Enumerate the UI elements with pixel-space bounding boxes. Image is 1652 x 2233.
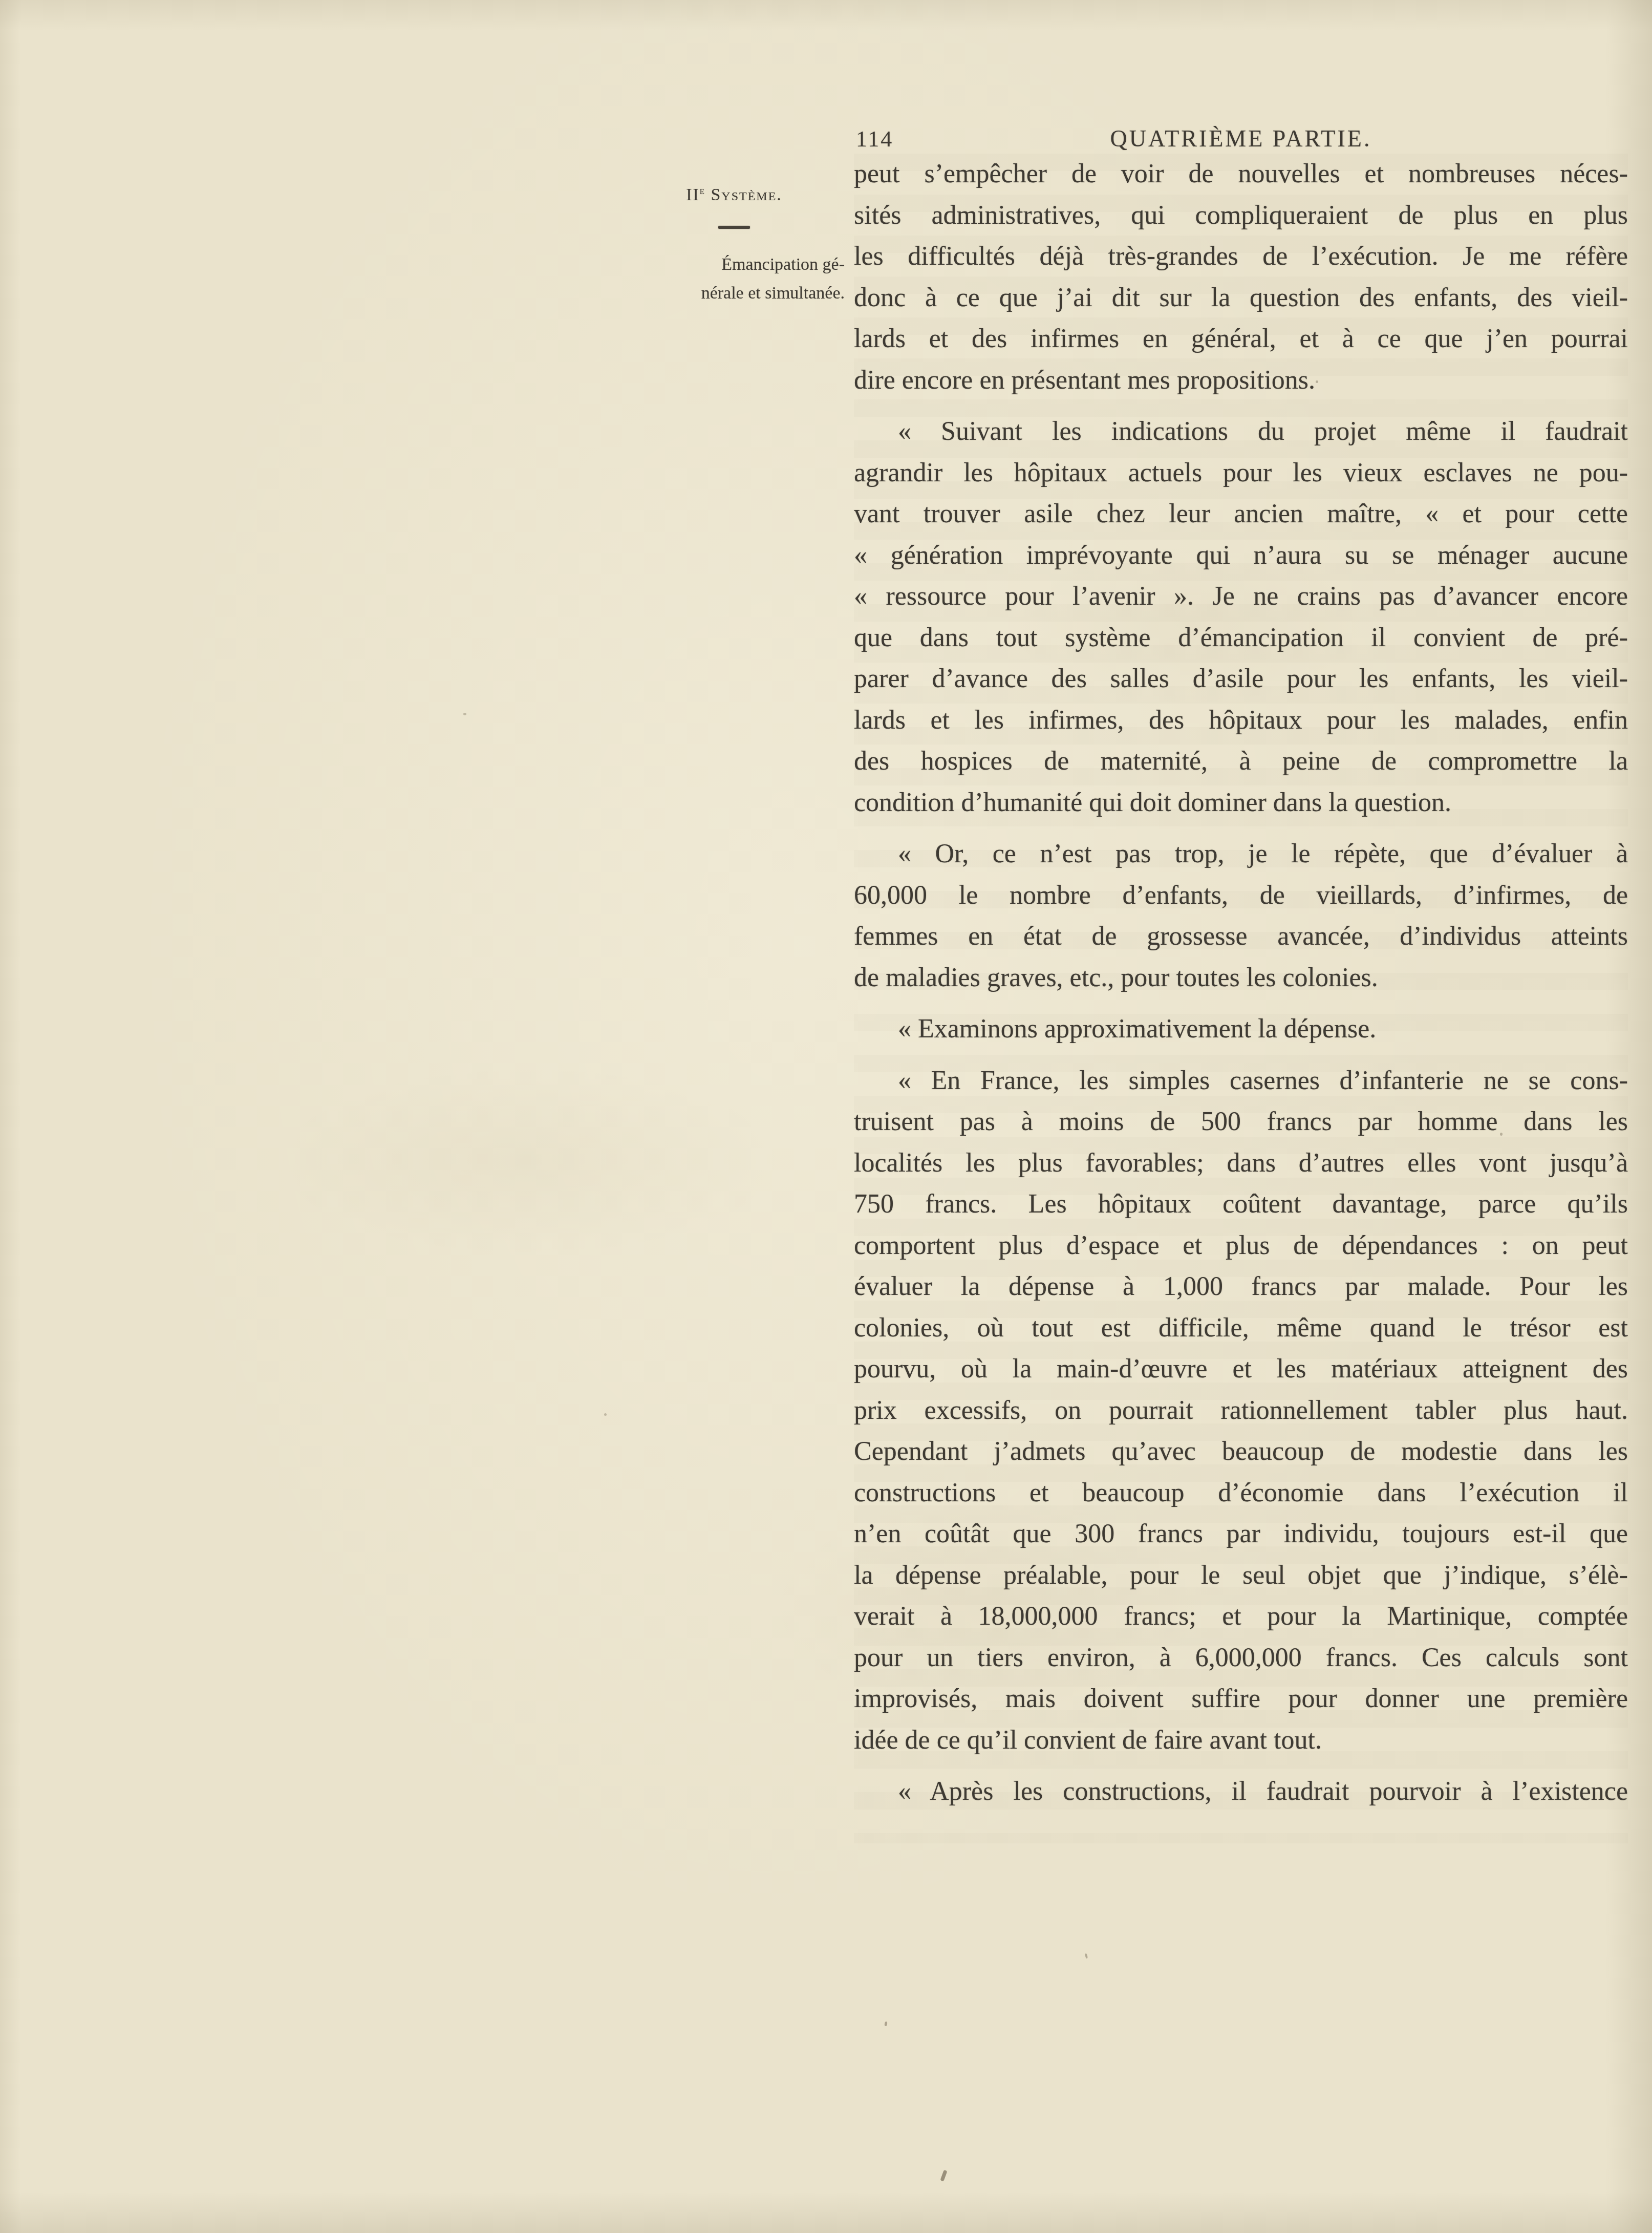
text-line: « ressource pour l’avenir ». Je ne crain…	[854, 576, 1628, 618]
text-line: n’en coûtât que 300 francs par individu,…	[854, 1514, 1628, 1555]
text-line: verait à 18,000,000 francs; et pour la M…	[854, 1596, 1628, 1637]
paper-speck	[463, 713, 466, 715]
text-line: constructions et beaucoup d’économie dan…	[854, 1473, 1628, 1514]
text-line: lards et des infirmes en général, et à c…	[854, 318, 1628, 360]
sidenote-divider-rule	[718, 226, 750, 229]
text-line: parer d’avance des salles d’asile pour l…	[854, 658, 1628, 700]
sidenote-system-heading: IIe Système.	[624, 176, 845, 209]
paper-speck	[1500, 1133, 1503, 1136]
text-line: les difficultés déjà très-grandes de l’e…	[854, 236, 1628, 278]
text-line: « Or, ce n’est pas trop, je le répète, q…	[854, 834, 1628, 875]
text-line: « génération imprévoyante qui n’aura su …	[854, 535, 1628, 577]
text-line: colonies, où tout est difficile, même qu…	[854, 1308, 1628, 1349]
text-line: de maladies graves, etc., pour toutes le…	[854, 958, 1628, 999]
paragraph: « Or, ce n’est pas trop, je le répète, q…	[854, 834, 1628, 998]
text-line: femmes en état de grossesse avancée, d’i…	[854, 916, 1628, 958]
running-title: QUATRIÈME PARTIE.	[854, 125, 1628, 152]
text-line: condition d’humanité qui doit dominer da…	[854, 782, 1628, 824]
sidenote-line: nérale et simultanée.	[624, 279, 845, 308]
text-line: 60,000 le nombre d’enfants, de vieillard…	[854, 875, 1628, 917]
text-line: improvisés, mais doivent suffire pour do…	[854, 1678, 1628, 1720]
sidenote-system-superscript: e	[700, 184, 705, 197]
body-text-column: peut s’empêcher de voir de nouvelles et …	[854, 154, 1628, 1823]
paragraph: « En France, les simples casernes d’infa…	[854, 1060, 1628, 1761]
text-line: truisent pas à moins de 500 francs par h…	[854, 1101, 1628, 1143]
text-line: prix excessifs, on pourrait rationnellem…	[854, 1390, 1628, 1432]
text-line: « Suivant les indications du projet même…	[854, 411, 1628, 453]
paper-speck	[1085, 1953, 1088, 1959]
paragraph: « Suivant les indications du projet même…	[854, 411, 1628, 823]
text-line: sités administratives, qui compliqueraie…	[854, 195, 1628, 237]
margin-notes: IIe Système. Émancipation gé- nérale et …	[624, 176, 845, 308]
paragraph: peut s’empêcher de voir de nouvelles et …	[854, 154, 1628, 401]
sidenote-system-rest: Système.	[705, 185, 782, 204]
text-line: comportent plus d’espace et plus de dépe…	[854, 1225, 1628, 1267]
text-line: « En France, les simples casernes d’infa…	[854, 1060, 1628, 1102]
text-line: dire encore en présentant mes propositio…	[854, 360, 1628, 401]
sidenote-system-prefix: II	[686, 185, 700, 204]
text-line: idée de ce qu’il convient de faire avant…	[854, 1720, 1628, 1761]
text-line: évaluer la dépense à 1,000 francs par ma…	[854, 1266, 1628, 1308]
text-line: Cependant j’admets qu’avec beaucoup de m…	[854, 1431, 1628, 1473]
paragraph: « Après les constructions, il faudrait p…	[854, 1771, 1628, 1813]
paper-speck	[884, 2022, 887, 2027]
text-line: vant trouver asile chez leur ancien maît…	[854, 494, 1628, 535]
paper-speck	[1316, 380, 1318, 383]
text-line: 750 francs. Les hôpitaux coûtent davanta…	[854, 1184, 1628, 1225]
text-line: localités les plus favorables; dans d’au…	[854, 1143, 1628, 1184]
text-line: « Après les constructions, il faudrait p…	[854, 1771, 1628, 1813]
text-line: lards et les infirmes, des hôpitaux pour…	[854, 700, 1628, 741]
sidenote-line: Émancipation gé-	[624, 250, 845, 279]
text-line: pour un tiers environ, à 6,000,000 franc…	[854, 1637, 1628, 1679]
paper-speck	[940, 2170, 947, 2181]
text-line: peut s’empêcher de voir de nouvelles et …	[854, 154, 1628, 195]
book-page-scan: 114 QUATRIÈME PARTIE. IIe Système. Émanc…	[0, 0, 1652, 2233]
text-line: que dans tout système d’émancipation il …	[854, 618, 1628, 659]
text-line: « Examinons approximativement la dépense…	[854, 1009, 1628, 1050]
text-line: agrandir les hôpitaux actuels pour les v…	[854, 453, 1628, 494]
paper-speck	[604, 1413, 607, 1416]
text-line: la dépense préalable, pour le seul objet…	[854, 1555, 1628, 1597]
paragraph: « Examinons approximativement la dépense…	[854, 1009, 1628, 1050]
text-line: des hospices de maternité, à peine de co…	[854, 741, 1628, 782]
text-line: pourvu, où la main-d’œuvre et les matéri…	[854, 1349, 1628, 1390]
text-line: donc à ce que j’ai dit sur la question d…	[854, 278, 1628, 319]
sidenote-text: Émancipation gé- nérale et simultanée.	[624, 250, 845, 308]
